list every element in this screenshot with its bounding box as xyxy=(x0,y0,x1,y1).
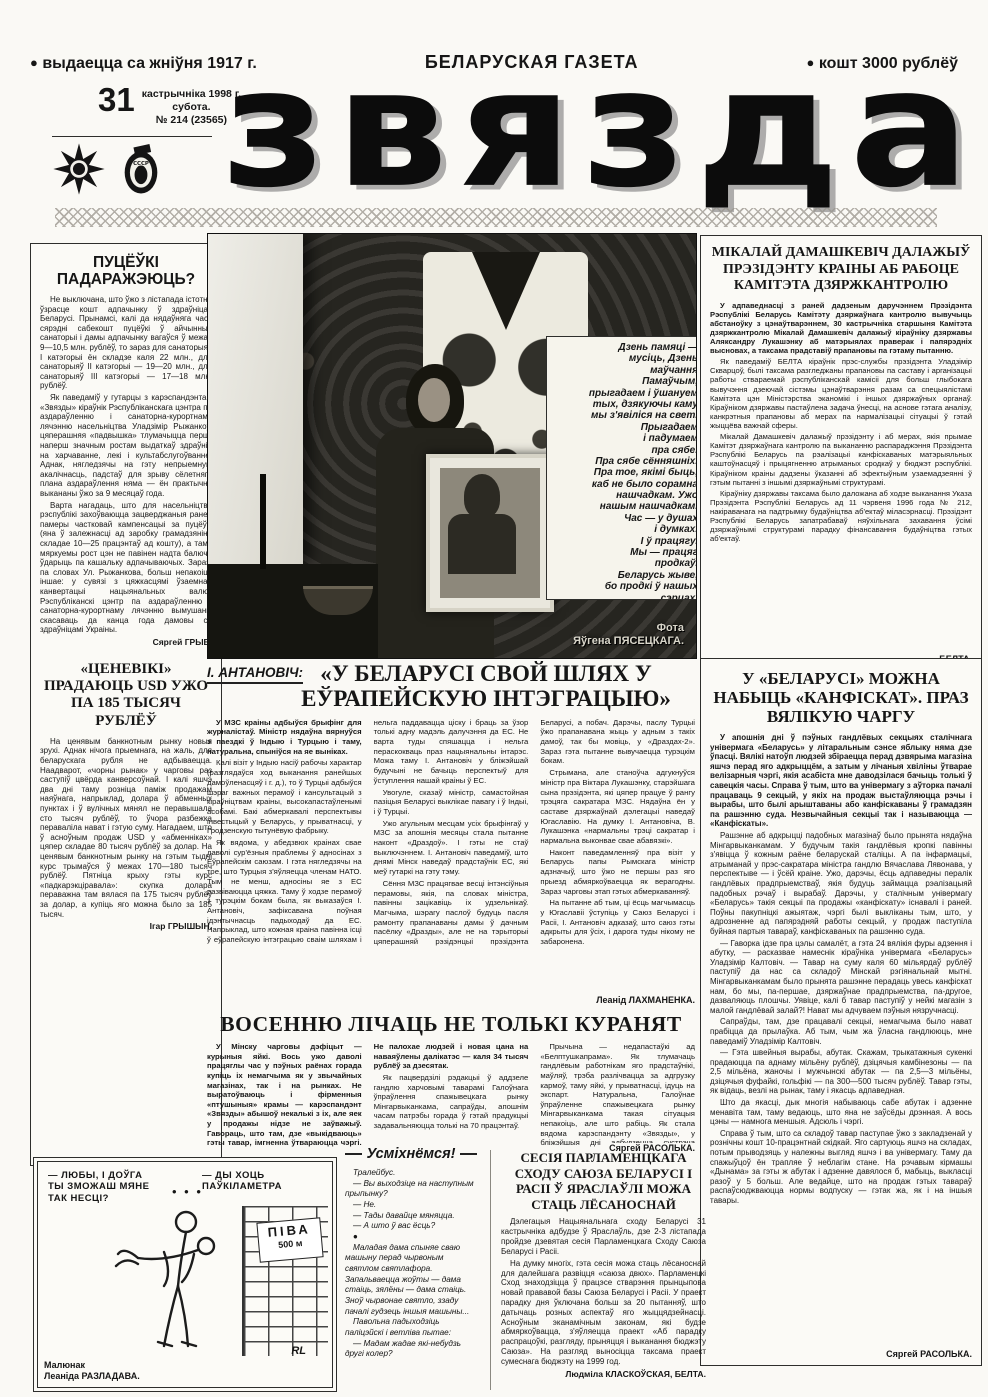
antanovich-article: І. АНТАНОВІЧ: «У БЕЛАРУСІ СВОЙ ШЛЯХ У ЕЎ… xyxy=(207,661,695,1009)
order-red-banner-icon: СССР xyxy=(120,142,162,196)
paragraph: маўчання xyxy=(554,365,697,376)
paragraph: тых, дзякуючы каму xyxy=(554,399,697,410)
tsenaviki-body: На ценявым банкнотным рынку новыя зрухі.… xyxy=(40,737,212,919)
paragraph: Тралейбус. xyxy=(345,1168,477,1179)
kanfiskat-headline: У «БЕЛАРУСІ» МОЖНА НАБЫЦЬ «КАНФІСКАТ». П… xyxy=(710,669,972,726)
man-carrying-woman-drawing xyxy=(94,1194,244,1354)
paragraph: ТЫ ЗМОЖАШ МЯНЕ xyxy=(48,1181,149,1192)
paragraph: і падумаем xyxy=(554,433,697,444)
paragraph: мусіць, Дзень xyxy=(554,353,697,364)
cartoon-credit-word: Малюнак xyxy=(44,1360,140,1372)
jokes-column: Усміхнёмся! Тралейбус.— Вы выходзіце на … xyxy=(345,1146,477,1390)
cartoon-box: — ЛЮБЫ, І ДОЎГАТЫ ЗМОЖАШ МЯНЕТАК НЕСЦІ? … xyxy=(33,1157,337,1392)
newspaper-page: ● выдаецца са жніўня 1917 г. БЕЛАРУСКАЯ … xyxy=(0,0,988,1397)
paragraph: Стрымана, але станоўча адгукнуўся мініст… xyxy=(540,768,695,846)
paragraph: Што да якасці, дык многія набываюць сабе… xyxy=(710,1098,972,1127)
cartoon-credit-name: Леаніда РАЗЛАДАВА. xyxy=(44,1371,140,1383)
paragraph: — Гэта швейныя вырабы, абутак. Скажам, т… xyxy=(710,1048,972,1096)
putsyovki-byline: Сяргей ГРЫБ. xyxy=(40,637,212,647)
paragraph: продкаў. xyxy=(554,558,697,569)
kanfiskat-lead: У апошнія дні ў пэўных гандлёвых секцыях… xyxy=(710,733,972,829)
paragraph: Увогуле, сказаў міністр, самастойная паз… xyxy=(374,788,529,817)
paragraph: Кіраўніку дзяржавы таксама было даложана… xyxy=(710,489,972,544)
beer-sign: ПІВА 500 м xyxy=(256,1217,323,1262)
vosenniu-article: ВОСЕННЮ ЛІЧАЦЬ НЕ ТОЛЬКІ КУРАНЯТ У Мінск… xyxy=(207,1012,695,1155)
cartoon-speech-right: — ДЫ ХОЦЬПАЎКІЛАМЕТРА xyxy=(202,1170,282,1193)
kanfiskat-byline: Сяргей РАСОЛЬКА. xyxy=(878,1348,972,1359)
window-light xyxy=(208,234,303,564)
paragraph: Прыгадаем xyxy=(554,422,697,433)
photo-credit-word: Фота xyxy=(573,622,684,635)
cartoon-credit: Малюнак Леаніда РАЗЛАДАВА. xyxy=(44,1360,140,1383)
paragraph: Справа ў тым, што са складоў тавар пасту… xyxy=(710,1129,972,1206)
svg-text:СССР: СССР xyxy=(133,161,149,167)
photo-credit: Фота Яўгена ПЯСЕЦКАГА. xyxy=(573,622,684,648)
paragraph: нашчадкам. Ужо xyxy=(554,490,697,501)
paragraph: — Тады давайце мяняцца. xyxy=(345,1211,477,1222)
bullet-icon: ● xyxy=(30,55,38,70)
paragraph: На пытанне аб тым, ці ёсць магчымасць у … xyxy=(540,898,695,947)
paragraph: Маладая дама спыняе сваю машыну перад чы… xyxy=(345,1243,477,1318)
portrait-head xyxy=(464,474,500,518)
tsenaviki-byline: Ігар ГРЫШЫН. xyxy=(40,921,212,931)
paragraph: Калі візіт у Індыю насіў рабочы характар… xyxy=(207,758,362,836)
antanovich-headline: «У БЕЛАРУСІ СВОЙ ШЛЯХ У ЕЎРАПЕЙСКУЮ ІНТЭ… xyxy=(277,661,695,712)
vosenniu-headline: ВОСЕННЮ ЛІЧАЦЬ НЕ ТОЛЬКІ КУРАНЯТ xyxy=(207,1012,695,1037)
paragraph: Варта нагадаць, што для насельніцтва рэс… xyxy=(40,501,212,635)
paragraph: сэрцах. xyxy=(554,593,697,600)
paragraph: І ў працягу. xyxy=(554,536,697,547)
paragraph: Пра сябе сённяшніх. xyxy=(554,456,697,467)
paragraph: прыгадаем і ўшануем xyxy=(554,388,697,399)
paragraph: На думку многіх, гэта сесія можа стаць л… xyxy=(501,1259,706,1367)
paragraph: Ужо агульным месцам усіх брыфінгаў у МЗС… xyxy=(374,819,529,877)
paragraph: Беларусь жыве, xyxy=(554,570,697,581)
framed-portrait xyxy=(426,454,554,612)
paragraph: — ДЫ ХОЦЬ xyxy=(202,1170,282,1181)
photo-caption: Дзень памяці —мусіць, ДзеньмаўчанняПамаў… xyxy=(546,336,697,600)
photo-credit-name: Яўгена ПЯСЕЦКАГА. xyxy=(573,635,684,648)
paragraph: Не выключана, што ўжо з лістапада істотн… xyxy=(40,295,212,391)
sesiya-article: СЕСІЯ ПАРЛАМЕНЦКАГА СХОДУ САЮЗА БЕЛАРУСІ… xyxy=(490,1150,706,1390)
jokes-header: Усміхнёмся! xyxy=(345,1146,477,1162)
paragraph: Наконт паведамленняў пра візіт у Беларус… xyxy=(540,848,695,897)
sesiya-byline: Людміла КЛАСКОЎСКАЯ, БЕЛТА. xyxy=(501,1369,706,1379)
paragraph: Як пацвердзілі рэдакцыі ў аддзеле гандлю… xyxy=(374,1073,529,1131)
paragraph: — А што ў вас ёсць? xyxy=(345,1221,477,1232)
damashkevich-lead: У адпаведнасці з раней дадзеным даручэнн… xyxy=(710,301,972,356)
paragraph: Як паведаміў у гутарцы з карэспандэнтам … xyxy=(40,393,212,499)
portrait-body xyxy=(448,514,516,574)
paragraph: — Гаворка ідзе пра цэлы самалёт, а гэта … xyxy=(710,939,972,1016)
paragraph: бо продкі ў нашых xyxy=(554,581,697,592)
left-column-box: ПУЦЁЎКІ ПАДАРАЖЭЮЦЬ? Не выключана, што ў… xyxy=(30,243,222,1166)
damashkevich-headline: МІКАЛАЙ ДАМАШКЕВІЧ ДАЛАЖЫЎ ПРЭЗІДЭНТУ КР… xyxy=(710,245,972,295)
paragraph: ПАЎКІЛАМЕТРА xyxy=(202,1181,282,1192)
kanfiskat-article-box: У «БЕЛАРУСІ» МОЖНА НАБЫЦЬ «КАНФІСКАТ». П… xyxy=(700,658,982,1366)
antanovich-byline: Леанід ЛАХМАНЕНКА. xyxy=(588,995,695,1005)
candle xyxy=(260,474,266,569)
paragraph: ● xyxy=(345,1232,477,1243)
paragraph: каб не было сорамна xyxy=(554,479,697,490)
kanfiskat-body: Рашэнне аб адкрыцці падобных магазінаў б… xyxy=(710,831,972,1206)
paragraph: Сапраўды, там, дзе працавалі секцыі, нем… xyxy=(710,1017,972,1046)
paragraph: пра сябе. xyxy=(554,445,697,456)
order-patriotic-war-icon xyxy=(52,142,106,196)
paragraph: Дэлегацыя Нацыянальнага сходу Беларусі 3… xyxy=(501,1217,706,1256)
paragraph: мы з'явіліся на свет. xyxy=(554,410,697,421)
paragraph: На ценявым банкнотным рынку новыя зрухі.… xyxy=(40,737,212,919)
damashkevich-article-box: МІКАЛАЙ ДАМАШКЕВІЧ ДАЛАЖЫЎ ПРЭЗІДЭНТУ КР… xyxy=(700,235,982,671)
tsenaviki-headline: «ЦЕНЕВІКІ» ПРАДАЮЦЬ USD УЖО ПА 185 ТЫСЯЧ… xyxy=(40,661,212,730)
antanovich-lead: У МЗС краіны адбыўся брыфінг для журналі… xyxy=(207,718,362,757)
paragraph: Пра тое, якімі быць, xyxy=(554,467,697,478)
antanovich-body: У МЗС краіны адбыўся брыфінг для журналі… xyxy=(207,718,695,960)
paragraph: — ЛЮБЫ, І ДОЎГА xyxy=(48,1170,149,1181)
damashkevich-body: Як паведаміў БЕЛТА кіраўнік прэс-службы … xyxy=(710,357,972,543)
paragraph: — Вы выходзіце на наступным прыпынку? xyxy=(345,1179,477,1200)
paragraph: Прычына — недапастаўкі ад «Белптушкапрам… xyxy=(540,1042,695,1150)
paragraph: — Мадам жадае які-небудзь другі колер? xyxy=(345,1339,477,1360)
memorial-photo: Дзень памяці —мусіць, ДзеньмаўчанняПамаў… xyxy=(207,233,697,659)
paragraph: Час — у душах xyxy=(554,513,697,524)
putsyovki-body: Не выключана, што ўжо з лістапада істотн… xyxy=(40,295,212,635)
paragraph: Мікалай Дамашкевіч далажыў прэзідэнту і … xyxy=(710,432,972,487)
face xyxy=(418,378,450,422)
paragraph: Дзень памяці — xyxy=(554,342,697,353)
paragraph: Павольна падыходзіць паліцэйскі і ветлів… xyxy=(345,1317,477,1338)
paragraph: Як паведаміў БЕЛТА кіраўнік прэс-службы … xyxy=(710,357,972,430)
sesiya-headline: СЕСІЯ ПАРЛАМЕНЦКАГА СХОДУ САЮЗА БЕЛАРУСІ… xyxy=(501,1150,706,1212)
paragraph: Памаўчым, xyxy=(554,376,697,387)
putsyovki-headline: ПУЦЁЎКІ ПАДАРАЖЭЮЦЬ? xyxy=(40,254,212,288)
vosenniu-body: У Мінску чарговы дэфіцыт — курыныя яйкі.… xyxy=(207,1042,695,1150)
paragraph: — Не. xyxy=(345,1200,477,1211)
paragraph: і думках. xyxy=(554,524,697,535)
artist-signature: RL xyxy=(291,1345,306,1357)
medals-block: СССР xyxy=(52,136,212,196)
paragraph: нашым нашчадкам. xyxy=(554,501,697,512)
paragraph: Рашэнне аб адкрыцці падобных магазінаў б… xyxy=(710,831,972,937)
ornament-band xyxy=(55,208,937,227)
day-number: 31 xyxy=(98,84,135,127)
paragraph: Мы — працяг xyxy=(554,547,697,558)
jokes-body: Тралейбус.— Вы выходзіце на наступным пр… xyxy=(345,1168,477,1360)
masthead-title: звязда xyxy=(222,68,967,197)
antanovich-kicker: І. АНТАНОВІЧ: xyxy=(207,665,303,684)
sesiya-body: Дэлегацыя Нацыянальнага сходу Беларусі 3… xyxy=(501,1217,706,1366)
